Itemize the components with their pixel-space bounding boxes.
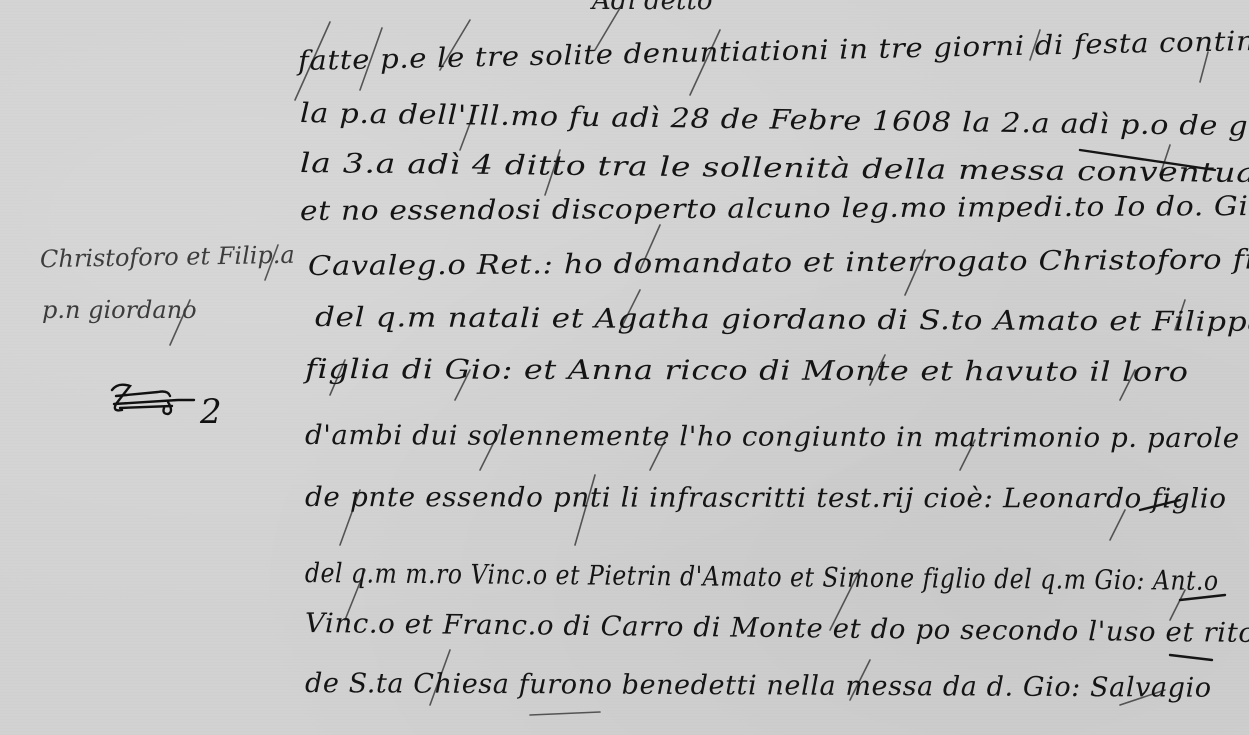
text-line-9: de pnte essendo pnti li infrascritti tes…: [305, 484, 1227, 513]
text-line-4: et no essendosi discoperto alcuno leg.mo…: [300, 192, 1249, 225]
text-line-2: la p.a dell'Ill.mo fu adì 28 de Febre 16…: [300, 100, 1249, 142]
margin-note-line-2: p.n giordano: [42, 298, 197, 322]
text-line-5: Cavaleg.o Ret.: ho domandato et interrog…: [308, 246, 1249, 280]
text-line-3: la 3.a adì 4 ditto tra le sollenità dell…: [300, 150, 1249, 187]
text-line-1: fatte p.e le tre solite denuntiationi in…: [298, 27, 1249, 75]
entry-heading: Adì detto: [592, 0, 713, 16]
margin-mark-number: 2: [200, 392, 222, 432]
text-line-12: de S.ta Chiesa furono benedetti nella me…: [305, 670, 1212, 702]
text-line-7: figlia di Gio: et Anna ricco di Monte et…: [305, 356, 1189, 386]
text-line-10: del q.m m.ro Vinc.o et Pietrin d'Amato e…: [305, 560, 1219, 595]
text-line-6: del q.m natali et Agatha giordano di S.t…: [315, 304, 1249, 336]
margin-note-line-1: Christoforo et Filip.a: [40, 243, 295, 271]
text-line-8: d'ambi dui solennemente l'ho congiunto i…: [305, 422, 1240, 452]
manuscript-page: Adì detto fatte p.e le tre solite denunt…: [0, 0, 1249, 735]
text-line-11: Vinc.o et Franc.o di Carro di Monte et d…: [305, 610, 1249, 647]
